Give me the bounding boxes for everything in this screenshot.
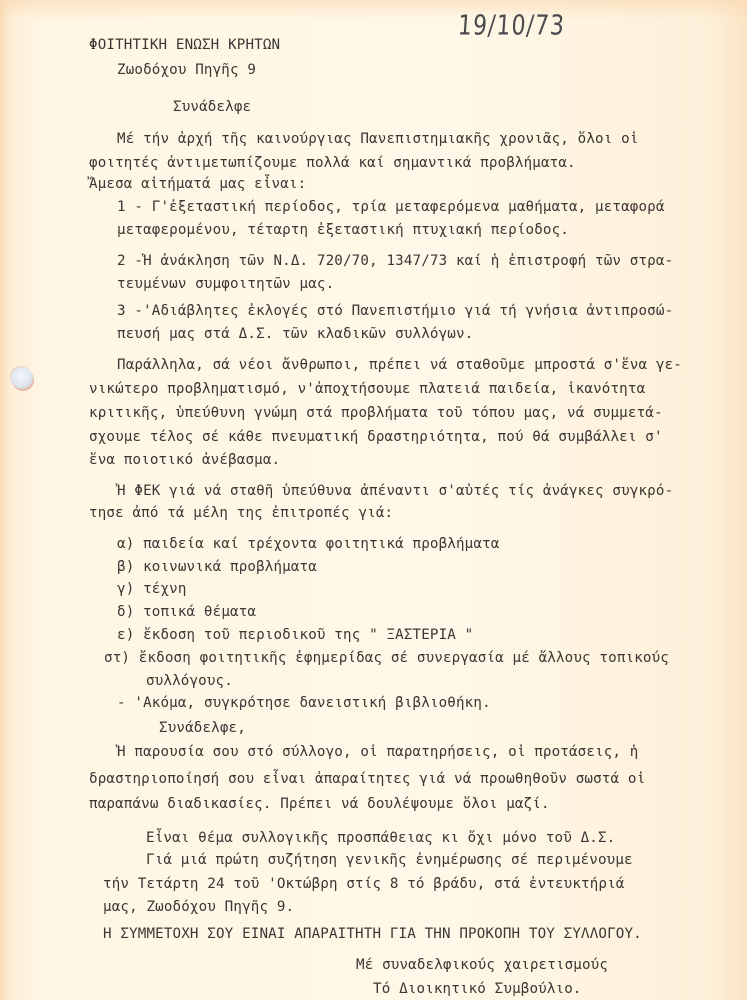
parallel-line-1: Παράλληλα, σά νέοι ἄνθρωποι, πρέπει νά σ… bbox=[117, 356, 682, 374]
committee-item-d: δ) τοπικά θέματα bbox=[117, 603, 256, 621]
demand-1-line-1: 1 - Γ'ἐξεταστική περίοδος, τρία μεταφερό… bbox=[117, 198, 665, 216]
committee-text: τέχνη bbox=[143, 581, 186, 597]
parallel-line-2: νικώτερο προβληματισμό, ν'ἀποχτήσουμε πλ… bbox=[89, 380, 645, 398]
fek-line-1: Ἡ ΦΕΚ γιά νά σταθῆ ὑπεύθυνα ἀπέναντι σ'α… bbox=[117, 482, 673, 500]
committee-item-a: α) παιδεία καί τρέχοντα φοιτητικά προβλή… bbox=[117, 535, 499, 553]
demand-2-line-1: 2 -Ἡ ἀνάκληση τῶν Ν.Δ. 720/70, 1347/73 κ… bbox=[117, 252, 673, 270]
meeting-line-1: Γιά μιά πρώτη συζήτηση γενικῆς ἐνημέρωση… bbox=[146, 851, 633, 869]
committee-item-st: στ) ἔκδοση φοιτητικῆς ἐφημερίδας σέ συνε… bbox=[104, 649, 669, 667]
parallel-line-3: κριτικῆς, ὑπεύθυνη γνώμη στά προβλήματα … bbox=[89, 404, 663, 422]
committee-item-e: ε) ἔκδοση τοῦ περιοδικοῦ της " ΞΑΣΤΕΡΙΑ … bbox=[117, 626, 473, 644]
fek-line-2: τησε ἀπό τά μέλη της ἐπιτροπές γιά: bbox=[89, 504, 393, 522]
committee-item-b: β) κοινωνικά προβλήματα bbox=[117, 558, 317, 576]
presence-line-1: Ἡ παρουσία σου στό σύλλογο, οἱ παρατηρήσ… bbox=[117, 743, 639, 761]
committee-marker: - bbox=[117, 695, 126, 711]
committee-marker: δ) bbox=[117, 604, 134, 620]
demand-3-line-1: 3 -'Αδιάβλητες ἐκλογές στό Πανεπιστήμιο … bbox=[117, 302, 673, 320]
parallel-line-5: ἕνα ποιοτικό ἀνέβασμα. bbox=[89, 451, 280, 469]
committee-text: κοινωνικά προβλήματα bbox=[143, 559, 317, 575]
committee-item-library: - 'Ακόμα, συγκρότησε δανειστική βιβλιοθή… bbox=[117, 694, 491, 712]
committee-text: ἔκδοση φοιτητικῆς ἐφημερίδας σέ συνεργασ… bbox=[139, 650, 669, 666]
closing-signature: Τό Διοικητικό Συμβούλιο. bbox=[373, 980, 582, 998]
intro-line-2: φοιτητές ἀντιμετωπίζουμε πολλά καί σημαν… bbox=[89, 154, 576, 172]
salutation: Συνάδελφε bbox=[173, 98, 251, 116]
committee-marker: α) bbox=[117, 536, 134, 552]
salutation-2: Συνάδελφε, bbox=[159, 719, 246, 737]
presence-line-2: δραστηριοποίησή σου εἶναι ἀπαραίτητες γι… bbox=[89, 770, 645, 788]
committee-marker: γ) bbox=[117, 581, 134, 597]
typewritten-letter-page: 19/10/73 ΦΟΙΤΗΤΙΚΗ ΕΝΩΣΗ ΚΡΗΤΩΝ Ζωοδόχου… bbox=[0, 0, 747, 1000]
demand-1-line-2: μεταφερομένου, τέταρτη ἐξεταστική πτυχια… bbox=[117, 221, 569, 239]
presence-line-3: παραπάνω διαδικασίες. Πρέπει νά δουλέψου… bbox=[89, 795, 550, 813]
closing-greeting: Μέ συναδελφικούς χαιρετισμούς bbox=[356, 956, 608, 974]
handwritten-date: 19/10/73 bbox=[457, 11, 566, 42]
parallel-line-4: σχουμε τέλος σέ κάθε πνευματική δραστηρι… bbox=[89, 428, 663, 446]
organization-name: ΦΟΙΤΗΤΙΚΗ ΕΝΩΣΗ ΚΡΗΤΩΝ bbox=[89, 36, 280, 54]
committee-marker: β) bbox=[117, 559, 134, 575]
committee-item-st-line-2: συλλόγους. bbox=[146, 672, 233, 690]
meeting-line-3: μας, Ζωοδόχου Πηγῆς 9. bbox=[103, 898, 294, 916]
organization-address: Ζωοδόχου Πηγῆς 9 bbox=[117, 61, 256, 79]
committee-text: 'Ακόμα, συγκρότησε δανειστική βιβλιοθήκη… bbox=[134, 695, 490, 711]
demand-3-line-2: πευσή μας στά Δ.Σ. τῶν κλαδικῶν συλλόγων… bbox=[117, 325, 473, 343]
committee-text: τοπικά θέματα bbox=[143, 604, 256, 620]
committee-text: παιδεία καί τρέχοντα φοιτητικά προβλήματ… bbox=[143, 536, 499, 552]
intro-line-1: Μέ τήν ἀρχή τῆς καινούργιας Πανεπιστημια… bbox=[117, 130, 639, 148]
intro-line-3: Ἄμεσα αἰτήματά μας εἶναι: bbox=[89, 175, 306, 193]
committee-item-c: γ) τέχνη bbox=[117, 580, 187, 598]
collective-effort-line: Εἶναι θέμα συλλογικῆς προσπάθειας κι ὄχι… bbox=[146, 829, 615, 847]
committee-marker: ε) bbox=[117, 627, 134, 643]
committee-marker: στ) bbox=[104, 650, 130, 666]
call-to-action: Η ΣΥΜΜΕΤΟΧΗ ΣΟΥ ΕΙΝΑΙ ΑΠΑΡΑΙΤΗΤΗ ΓΙΑ ΤΗΝ… bbox=[103, 925, 642, 943]
punch-hole bbox=[11, 367, 33, 389]
committee-text: ἔκδοση τοῦ περιοδικοῦ της " ΞΑΣΤΕΡΙΑ " bbox=[143, 627, 473, 643]
demand-2-line-2: τευμένων συμφοιτητῶν μας. bbox=[117, 275, 334, 293]
meeting-line-2: τήν Τετάρτη 24 τοῦ 'Οκτώβρη στίς 8 τό βρ… bbox=[103, 875, 625, 893]
